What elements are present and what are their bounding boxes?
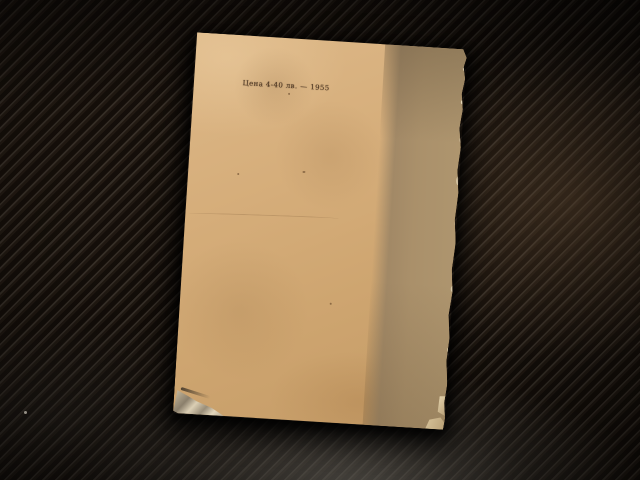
photo-scene: Цена 4-40 лв. — 1955 xyxy=(0,0,640,480)
stain-speck xyxy=(330,303,332,305)
book-back-cover: Цена 4-40 лв. — 1955 xyxy=(173,32,467,429)
bottom-left-corner-tear xyxy=(173,378,227,417)
dust-speck xyxy=(24,411,27,414)
paper-crease xyxy=(189,212,339,220)
stain-speck xyxy=(302,171,305,173)
price-text: Цена 4-40 лв. — 1955 xyxy=(242,79,330,93)
stain-speck xyxy=(237,173,239,175)
stain-speck xyxy=(288,93,290,95)
